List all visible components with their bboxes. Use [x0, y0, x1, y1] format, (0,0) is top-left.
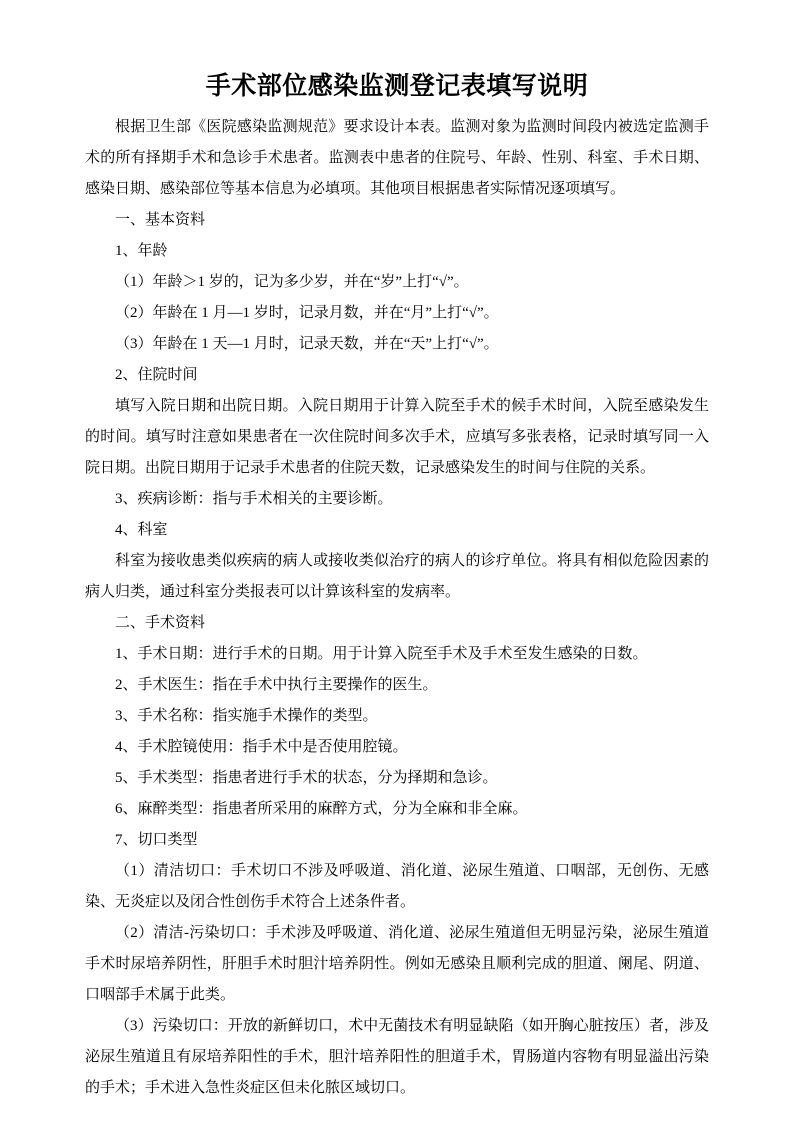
- item-department: 4、科室: [85, 515, 709, 546]
- document-page: 手术部位感染监测登记表填写说明 根据卫生部《医院感染监测规范》要求设计本表。监测…: [0, 0, 793, 1122]
- hospital-stay-paragraph: 填写入院日期和出院日期。入院日期用于计算入院至手术的候手术时间，入院至感染发生的…: [85, 391, 709, 484]
- incision-clean: （1）清洁切口：手术切口不涉及呼吸道、消化道、泌尿生殖道、口咽部，无创伤、无感染…: [85, 856, 709, 918]
- item-hospital-stay: 2、住院时间: [85, 360, 709, 391]
- item-incision-type: 7、切口类型: [85, 825, 709, 856]
- intro-paragraph: 根据卫生部《医院感染监测规范》要求设计本表。监测对象为监测时间段内被选定监测手术…: [85, 112, 709, 205]
- item-age-in-months: （2）年龄在 1 月—1 岁时，记录月数，并在“月”上打“√”。: [85, 298, 709, 329]
- page-title: 手术部位感染监测登记表填写说明: [85, 70, 709, 104]
- item-age: 1、年龄: [85, 236, 709, 267]
- incision-contaminated: （3）污染切口：开放的新鲜切口，术中无菌技术有明显缺陷（如开胸心脏按压）者，涉及…: [85, 1011, 709, 1104]
- item-age-over-1-year: （1）年龄＞1 岁的，记为多少岁，并在“岁”上打“√”。: [85, 267, 709, 298]
- item-age-in-days: （3）年龄在 1 天—1 月时，记录天数，并在“天”上打“√”。: [85, 329, 709, 360]
- department-paragraph: 科室为接收患类似疾病的病人或接收类似治疗的病人的诊疗单位。将具有相似危险因素的病…: [85, 546, 709, 608]
- section-heading-surgery-info: 二、手术资料: [85, 608, 709, 639]
- item-surgery-date: 1、手术日期：进行手术的日期。用于计算入院至手术及手术至发生感染的日数。: [85, 639, 709, 670]
- item-disease-diagnosis: 3、疾病诊断：指与手术相关的主要诊断。: [85, 484, 709, 515]
- document-body: 根据卫生部《医院感染监测规范》要求设计本表。监测对象为监测时间段内被选定监测手术…: [85, 112, 709, 1104]
- item-anesthesia-type: 6、麻醉类型：指患者所采用的麻醉方式，分为全麻和非全麻。: [85, 794, 709, 825]
- item-surgeon: 2、手术医生：指在手术中执行主要操作的医生。: [85, 670, 709, 701]
- item-surgery-type: 5、手术类型：指患者进行手术的状态，分为择期和急诊。: [85, 763, 709, 794]
- incision-clean-contaminated: （2）清洁-污染切口：手术涉及呼吸道、消化道、泌尿生殖道但无明显污染，泌尿生殖道…: [85, 918, 709, 1011]
- item-surgery-name: 3、手术名称：指实施手术操作的类型。: [85, 701, 709, 732]
- section-heading-basic-info: 一、基本资料: [85, 205, 709, 236]
- item-endoscope-use: 4、手术腔镜使用：指手术中是否使用腔镜。: [85, 732, 709, 763]
